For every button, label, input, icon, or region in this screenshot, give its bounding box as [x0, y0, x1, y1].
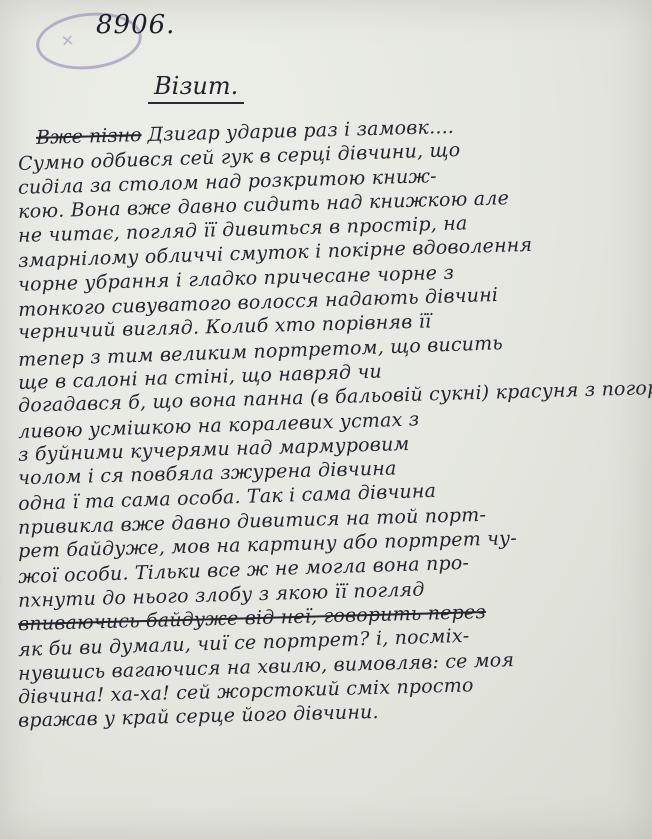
struck-text: Вже пізно [36, 124, 142, 149]
stamp-cross-icon: ✕ [60, 31, 75, 51]
manuscript-body: Вже пізно Дзигар ударив раз і замовк....… [18, 118, 652, 725]
manuscript-page: ✕ 8906. Візит. Вже пізно Дзигар ударив р… [0, 0, 652, 839]
page-title: Візит. [148, 72, 244, 104]
inventory-number: 8906. [96, 10, 175, 40]
